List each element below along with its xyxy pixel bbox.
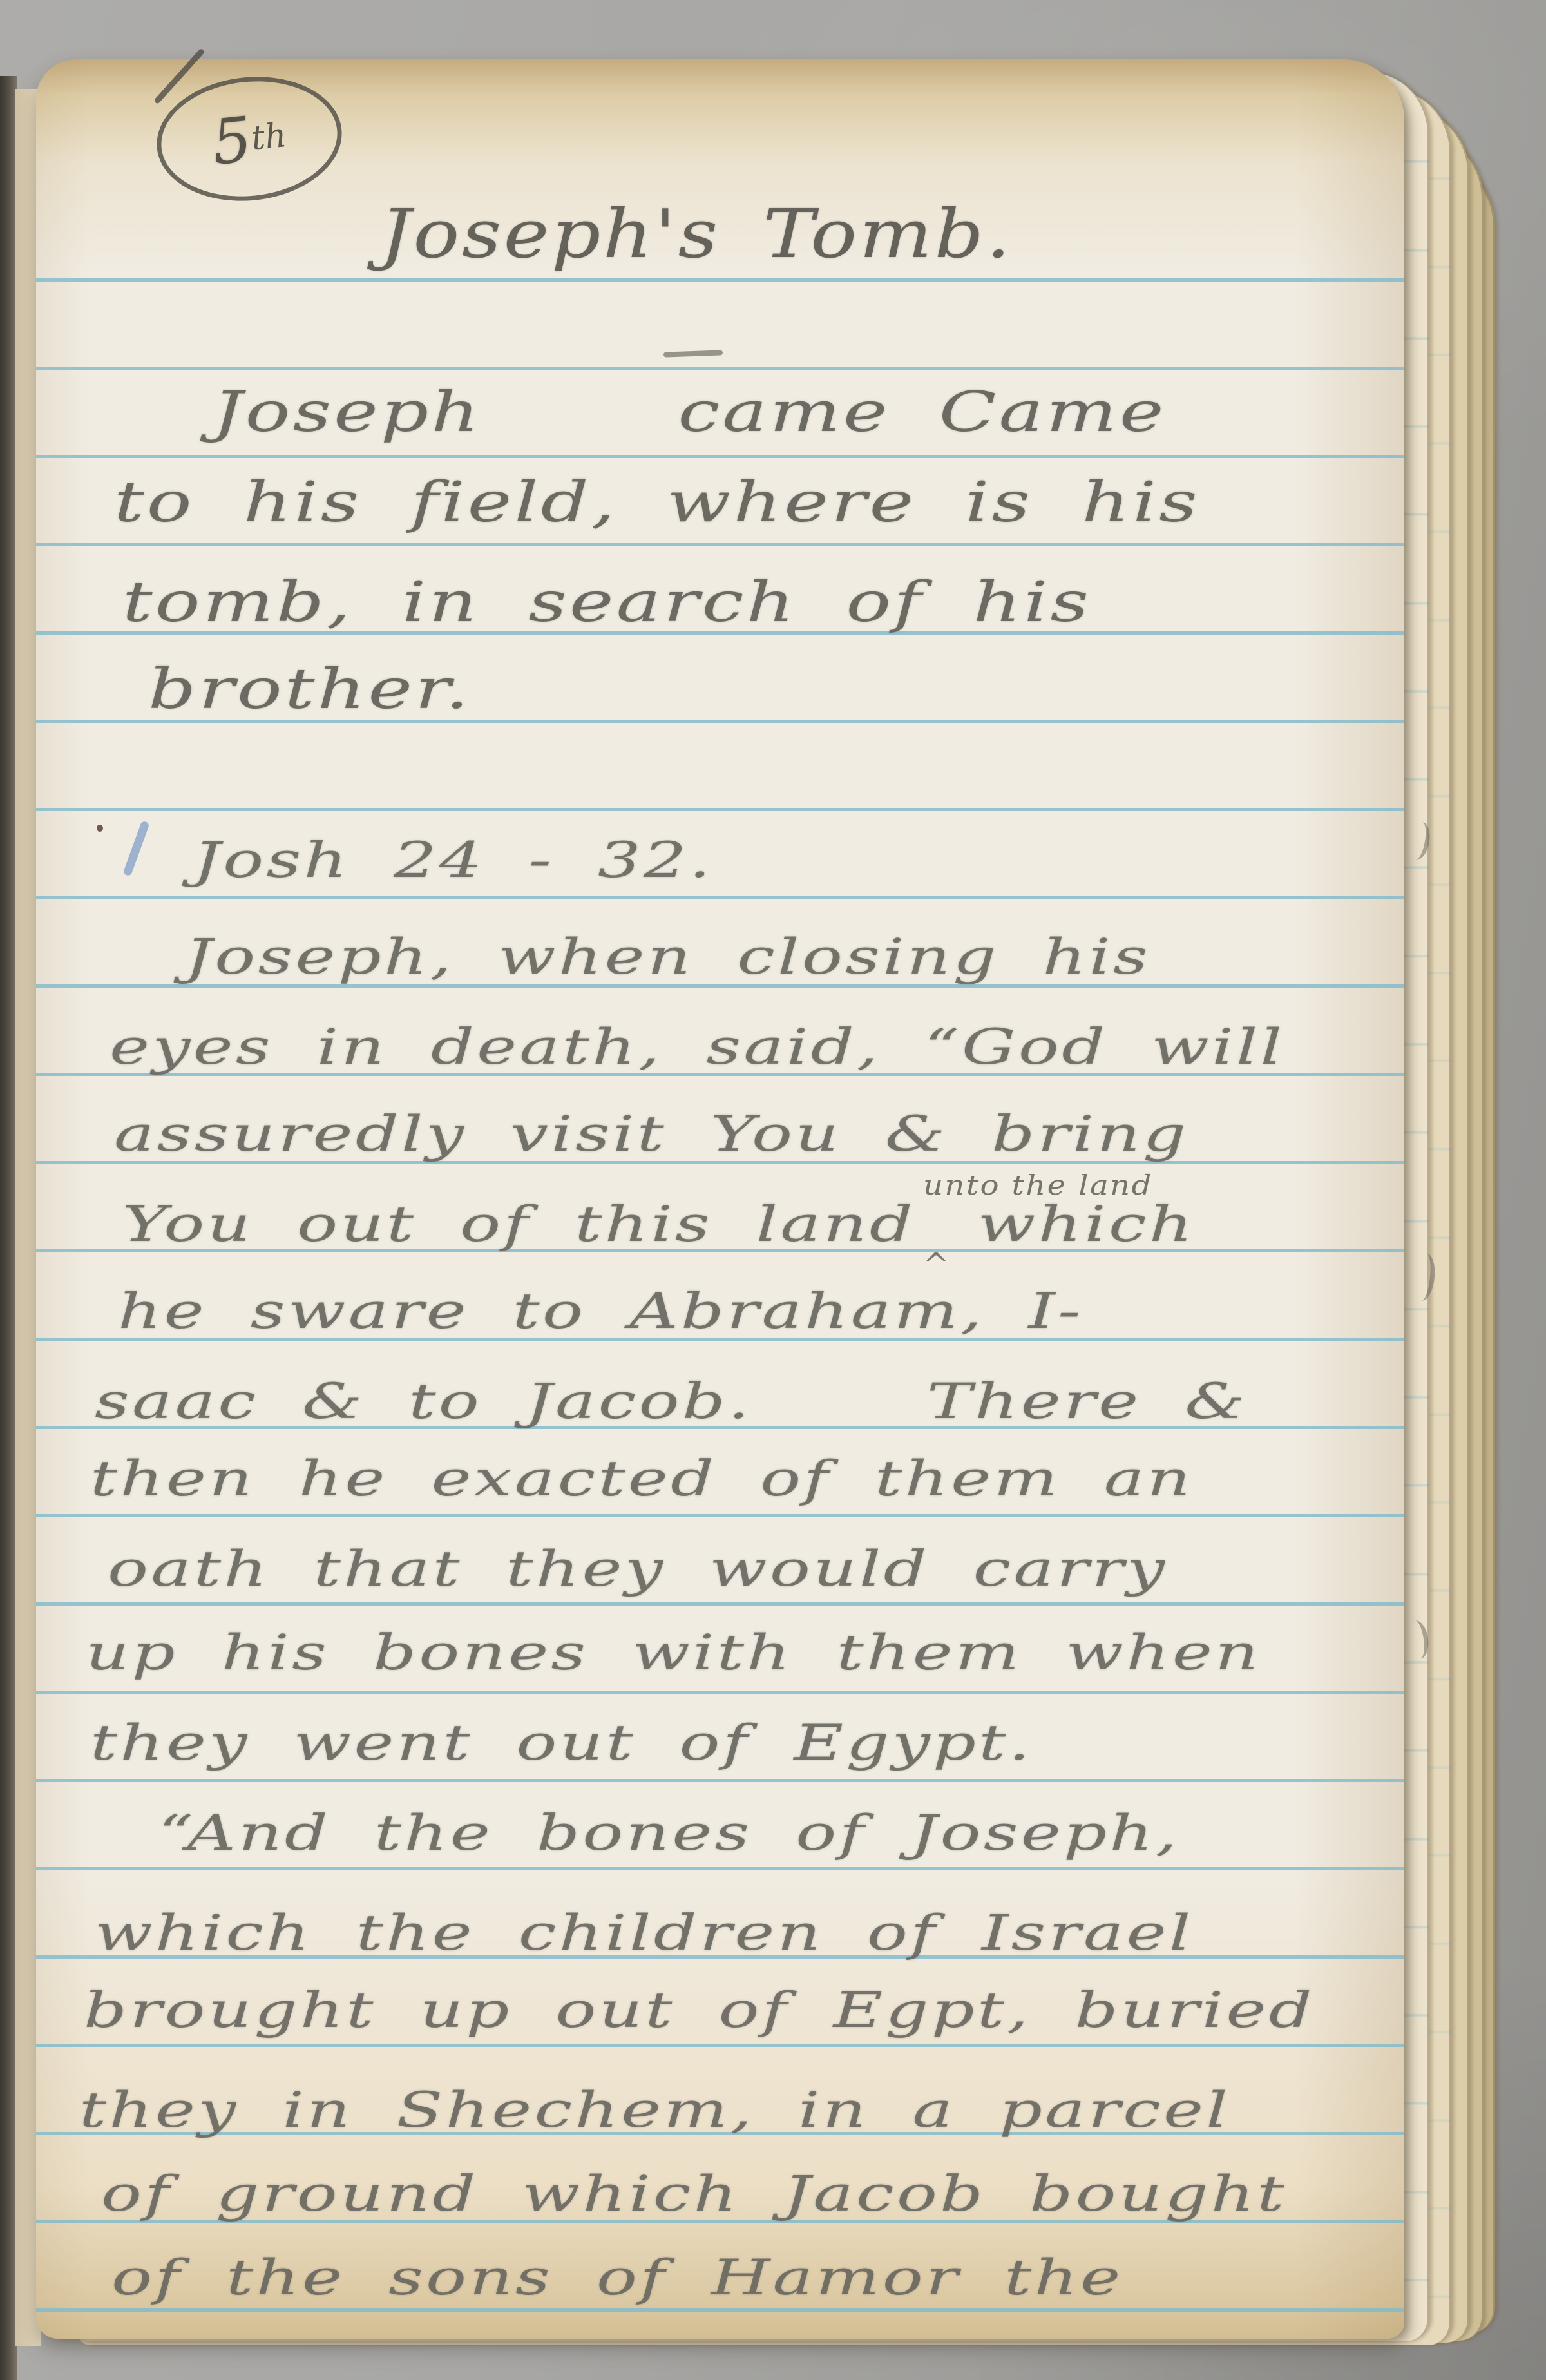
handwritten-line: of ground which Jacob bought xyxy=(101,2165,1287,2222)
circled-page-number: 5th xyxy=(151,68,348,209)
handwritten-line: to his field, where is his xyxy=(114,470,1200,535)
handwritten-line: brother. xyxy=(148,657,472,722)
handwritten-line: saac & to Jacob. There & xyxy=(95,1372,1248,1430)
handwritten-line: he sware to Abraham, I- xyxy=(118,1282,1083,1339)
page-number-ordinal: th xyxy=(249,116,288,158)
handwritten-line: then he exacted of them an xyxy=(90,1450,1193,1507)
handwritten-line: Joseph came Came xyxy=(213,380,1167,445)
handwritten-line: eyes in death, said, “God will xyxy=(110,1018,1284,1075)
handwritten-line: “And the bones of Joseph, xyxy=(158,1804,1179,1861)
handwritten-line: up his bones with them when xyxy=(86,1624,1261,1681)
handwritten-line: Joseph, when closing his xyxy=(185,928,1150,985)
handwritten-line: You out of this landwhich xyxy=(122,1195,1195,1252)
photo-backdrop: 5th Joseph's Tomb. Joseph came Came to h… xyxy=(0,0,1546,2380)
page-title: Joseph's Tomb. xyxy=(380,195,1013,273)
handwritten-line: tomb, in search of his xyxy=(122,570,1091,635)
ink-speck xyxy=(97,825,103,832)
scripture-reference: Josh 24 - 32. xyxy=(193,831,713,888)
handwritten-line: of the sons of Hamor the xyxy=(111,2249,1123,2306)
handwritten-line: they went out of Egypt. xyxy=(90,1714,1033,1771)
line-before-insertion: You out of this land xyxy=(122,1195,915,1252)
handwritten-line: which the children of Israel xyxy=(95,1904,1193,1961)
line-after-insertion: which xyxy=(978,1195,1196,1252)
book-gutter-shadow xyxy=(0,76,17,2380)
handwritten-line: they in Shechem, in a parcel xyxy=(79,2081,1230,2138)
handwritten-line: assuredly visit You & bring xyxy=(114,1105,1188,1162)
flourish-mark xyxy=(153,48,205,104)
notebook-page: 5th Joseph's Tomb. Joseph came Came to h… xyxy=(36,59,1404,2339)
handwritten-line: brought up out of Egpt, buried xyxy=(84,1981,1315,2039)
page-number: 5 xyxy=(209,102,255,178)
handwritten-line: oath that they would carry xyxy=(108,1540,1167,1597)
